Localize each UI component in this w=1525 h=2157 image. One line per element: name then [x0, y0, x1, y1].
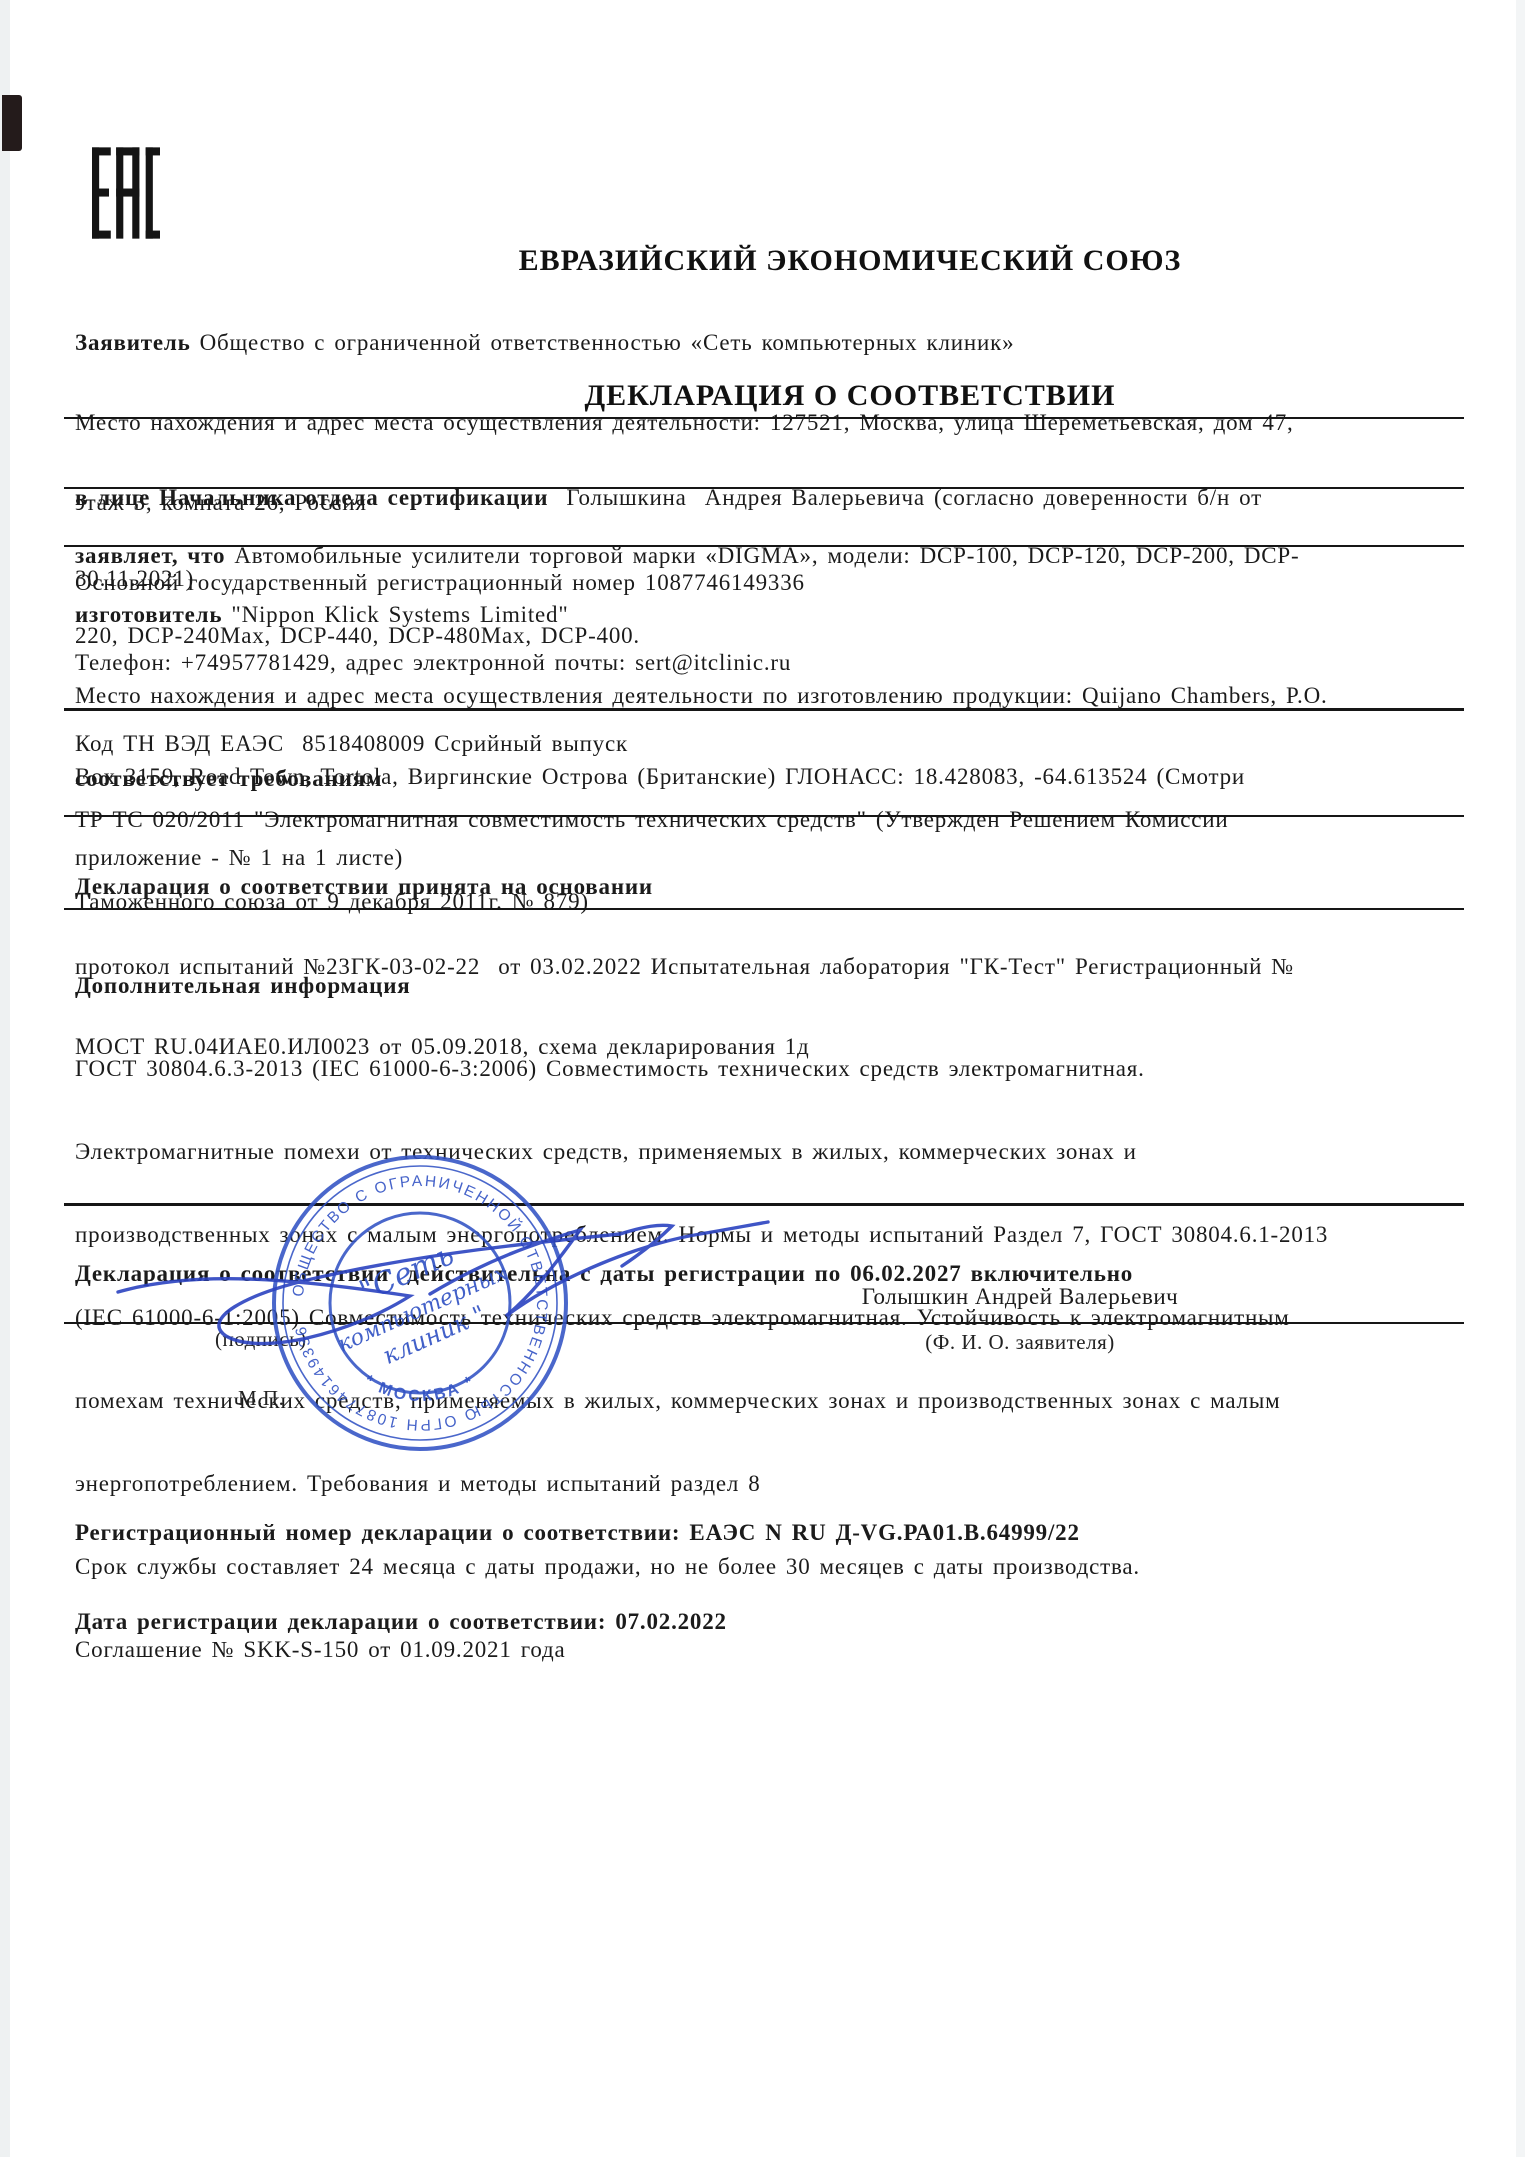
additional-info-line: ГОСТ 30804.6.3-2013 (IEC 61000-6-3:2006)…: [75, 1053, 1328, 1084]
applicant-label: Заявитель: [75, 330, 191, 355]
manufacturer-name: "Nippon Klick Systems Limited": [222, 602, 568, 627]
eac-logo-icon: [92, 140, 160, 251]
scan-edge-left: [0, 0, 10, 2157]
divider: [64, 417, 1464, 419]
manufacturer-label: изготовитель: [75, 602, 222, 627]
applicant-name: Общество с ограниченной ответственностью…: [191, 330, 1015, 355]
divider: [64, 815, 1464, 817]
manufacturer-name-line: изготовитель "Nippon Klick Systems Limit…: [75, 600, 1328, 629]
signer-name-caption: (Ф. И. О. заявителя): [740, 1330, 1300, 1355]
applicant-name-line: Заявитель Общество с ограниченной ответс…: [75, 329, 1294, 357]
scan-artifact-mark: [2, 95, 22, 151]
scan-edge-right: [1516, 0, 1525, 2157]
registration-section: Регистрационный номер декларации о соотв…: [75, 1462, 1080, 1692]
divider: [64, 487, 1464, 489]
registration-date-line: Дата регистрации декларации о соответств…: [75, 1603, 1080, 1640]
signer-name: Голышкин Андрей Валерьевич: [740, 1284, 1300, 1310]
svg-text:* МОСКВА *: * МОСКВА *: [361, 1372, 479, 1405]
divider: [64, 545, 1464, 547]
declaration-document: ЕВРАЗИЙСКИЙ ЭКОНОМИЧЕСКИЙ СОЮЗ ДЕКЛАРАЦИ…: [0, 0, 1525, 2157]
registration-number-line: Регистрационный номер декларации о соотв…: [75, 1514, 1080, 1551]
stamp-bottom-text: * МОСКВА *: [361, 1372, 479, 1405]
basis-label: Декларация о соответствии принята на осн…: [75, 873, 1294, 901]
additional-info-label: Дополнительная информация: [75, 970, 1328, 1001]
handwritten-signature: [100, 1196, 820, 1361]
divider: [64, 708, 1464, 711]
divider: [64, 908, 1464, 910]
